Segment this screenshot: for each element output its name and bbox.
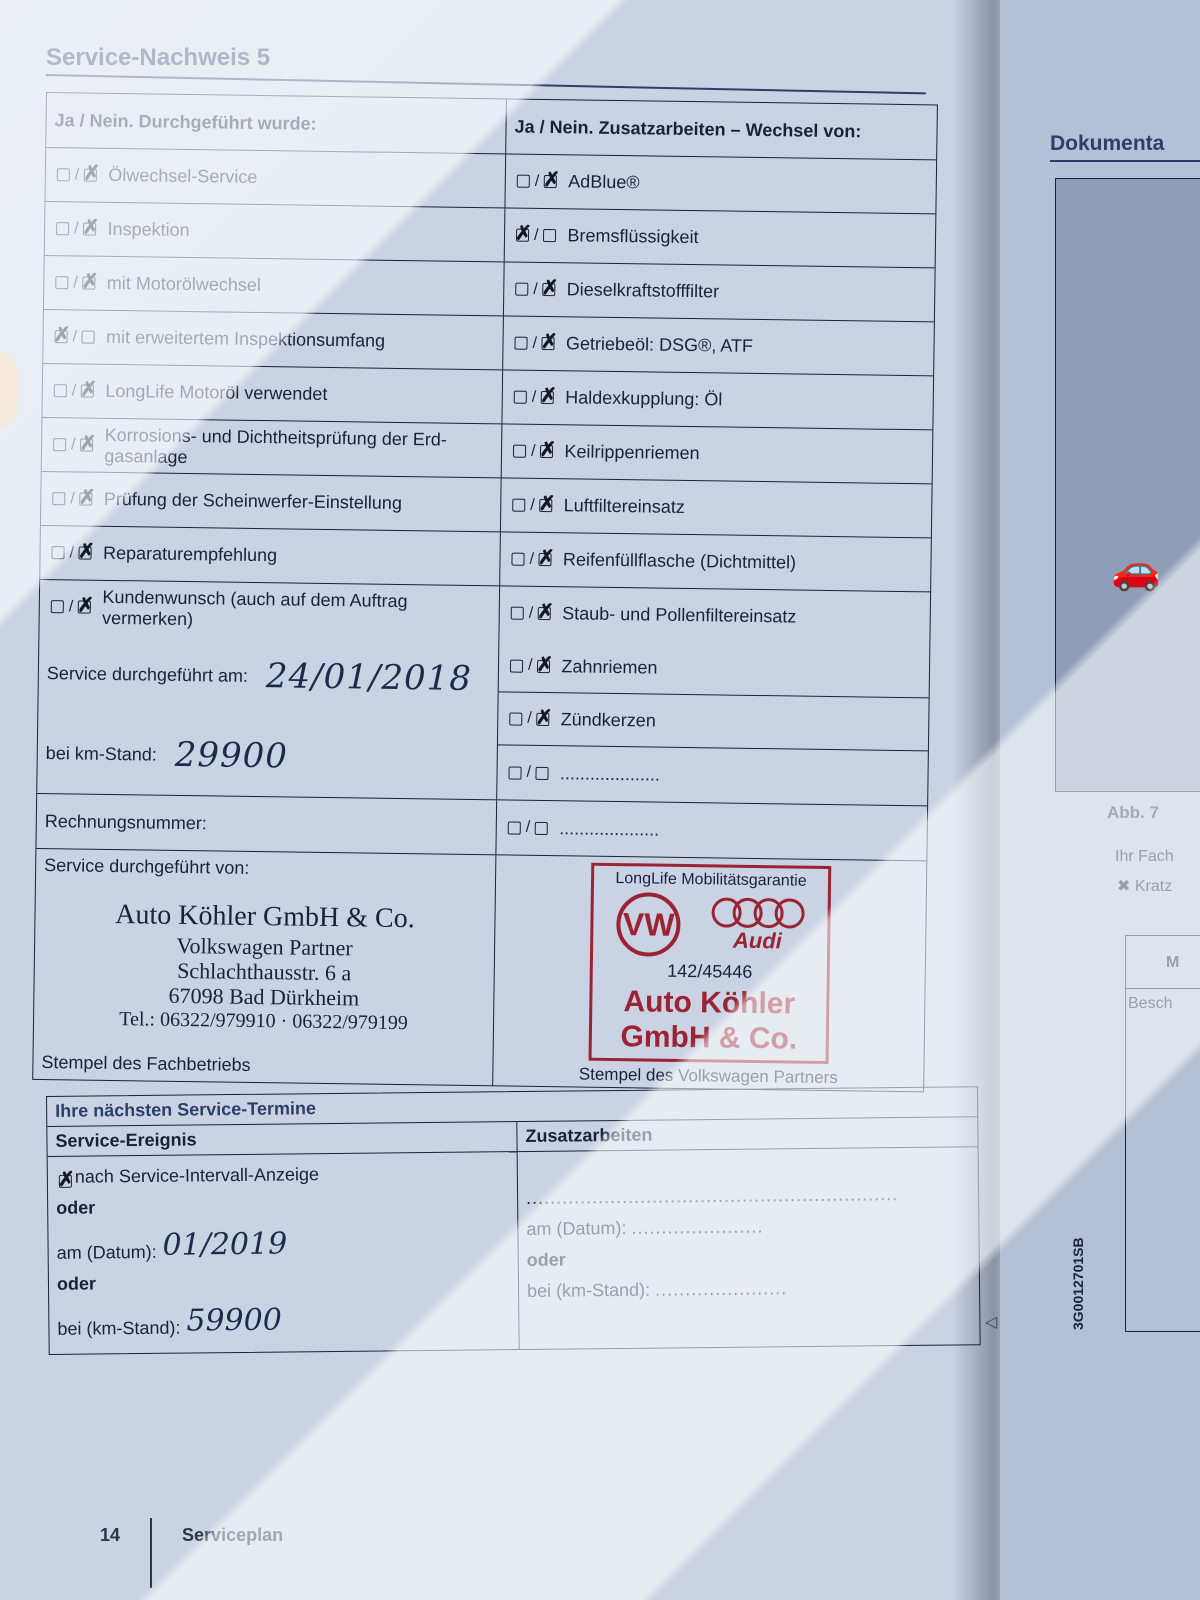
km-field[interactable]: bei km-Stand: 29900 [37,713,497,799]
service-item: /Korrosions- und Dichtheitsprüfung der E… [42,418,503,477]
slash-separator: / [532,388,537,406]
next-km-value: 59900 [186,1303,282,1339]
partner-number: 142/45446 [601,960,819,984]
ja-nein-checkboxes: / [51,382,98,401]
service-date-label: Service durchgeführt am: [47,663,248,687]
extra-work-item: /Reifenfüllflasche (Dichtmittel) [500,532,931,591]
service-item: /mit Motorölwechsel [44,256,505,315]
section-name: Serviceplan [182,1525,283,1546]
slash-separator: / [72,382,77,400]
ja-checkbox[interactable] [57,168,70,181]
dealer-stamp-caption: Stempel des Fachbetriebs [41,1052,250,1076]
item-label: Luftfiltereinsatz [564,495,685,517]
service-item: /Kundenwunsch (auch auf dem Auftrag verm… [39,580,500,639]
dealer-phone: Tel.: 06322/979910 · 06322/979199 [114,1008,414,1035]
nein-checkbox[interactable] [82,331,95,344]
or-label: oder [527,1245,971,1271]
ja-nein-checkboxes: / [49,490,96,509]
slash-separator: / [526,764,531,782]
ja-nein-checkboxes: / [510,442,557,461]
extra-work-item: /Zündkerzen [498,692,929,751]
extra-work-header: Zusatzarbeiten [517,1121,977,1152]
slash-separator: / [73,274,78,292]
right-page-rule [1050,160,1200,162]
ja-nein-checkboxes: / [511,334,558,353]
right-extra-rows: /Zahnriemen/Zündkerzen/.................… [497,639,929,805]
nein-checkbox[interactable] [80,493,93,506]
extra-item-row: /.................... [496,800,927,860]
slash-separator: / [533,280,538,298]
slash-separator: / [69,598,74,616]
ja-nein-checkboxes: / [52,274,99,293]
dealer-cell: Service durchgeführt von: Auto Köhler Gm… [33,849,496,1085]
car-outline-icon: 🚗 [1111,546,1161,593]
partner-stamp: LongLife Mobilitätsgarantie VW Audi 142/… [589,863,832,1064]
extra-km-field[interactable]: bei (km-Stand): ...................... [527,1276,971,1302]
slash-separator: / [529,550,534,568]
next-date-value: 01/2019 [162,1226,287,1262]
item-label: AdBlue® [568,171,640,193]
ja-checkbox[interactable] [51,546,64,559]
extra-work-item: /Zahnriemen [499,639,930,698]
right-column-header: Ja / Nein. Zusatzarbeiten – Wechsel von: [506,99,937,159]
ja-checkbox[interactable] [511,553,524,566]
ja-nein-checkboxes: / [50,436,97,455]
ja-nein-checkboxes: / [513,226,560,245]
interval-option-label: nach Service-Intervall-Anzeige [75,1164,319,1188]
ja-nein-checkboxes: / [508,550,555,569]
item-label: mit Motorölwechsel [107,273,261,296]
extra-km-dots: ...................... [655,1278,787,1300]
service-date-field[interactable]: Service durchgeführt am: 24/01/2018 [38,633,498,719]
extra-work-item: /Keilrippenriemen [502,424,933,483]
ja-nein-checkboxes: / [53,220,100,239]
slash-separator: / [532,334,537,352]
item-label: Ölwechsel-Service [108,165,257,188]
or-label: oder [56,1193,509,1219]
ja-checkbox[interactable] [508,766,521,779]
interval-option[interactable]: nach Service-Intervall-Anzeige [56,1162,509,1188]
item-label: Prüfung der Scheinwerfer-Einstellung [104,489,402,514]
ja-nein-checkboxes: / [505,818,552,837]
extra-work-item: /Haldexkupplung: Öl [502,370,933,429]
kratz-text: ✖ Kratz [1117,876,1172,896]
ja-checkbox[interactable] [515,283,528,296]
ja-nein-checkboxes: / [514,172,561,191]
item-label: Keilrippenriemen [564,441,699,464]
damage-table-header: M [1126,936,1200,989]
performed-by-label: Service durchgeführt von: [44,855,249,879]
service-record-form: Ja / Nein. Durchgeführt wurde: Ja / Nein… [32,92,938,1092]
service-item: /Reparaturempfehlung [40,526,501,585]
item-label: Staub- und Pollenfiltereinsatz [562,603,796,627]
extra-work-line[interactable]: ........................................… [526,1183,970,1209]
extra-work-item: /Bremsflüssigkeit [505,208,936,267]
nein-checkbox[interactable] [81,385,94,398]
ja-nein-checkboxes: / [54,166,101,185]
nein-checkbox[interactable] [78,601,91,614]
ja-nein-checkboxes: / [509,496,556,515]
nein-checkbox[interactable] [83,277,96,290]
km-value: 29900 [175,735,289,777]
slash-separator: / [535,172,540,190]
figure-label: Abb. 7 [1107,803,1159,823]
slash-separator: / [531,442,536,460]
item-label: Kundenwunsch (auch auf dem Auftrag verme… [102,587,491,634]
item-label: Zündkerzen [561,709,656,731]
nein-checkbox[interactable] [540,499,553,512]
ja-nein-checkboxes: / [508,604,555,623]
left-page: Service-Nachweis 5 Ja / Nein. Durchgefüh… [0,0,1000,1600]
extra-work-item: /AdBlue® [505,154,936,213]
item-label: mit erweitertem Inspektionsumfang [106,327,385,352]
slash-separator: / [526,819,531,837]
extra-work-item: /Getriebeöl: DSG®, ATF [503,316,934,375]
ja-nein-checkboxes: / [512,280,559,299]
stamp-row: Service durchgeführt von: Auto Köhler Gm… [33,849,926,1091]
item-label: Reparaturempfehlung [103,543,277,566]
service-item: /Ölwechsel-Service [45,148,506,207]
service-event-header: Service-Ereignis [47,1126,516,1157]
next-km-label: bei (km-Stand): [57,1318,180,1340]
extra-date-dots: ...................... [631,1216,763,1238]
right-page-title: Dokumenta [1050,132,1164,156]
dealer-name: Auto Köhler GmbH & Co. [115,900,415,936]
service-item: /Inspektion [45,202,506,261]
ja-nein-checkboxes: / [511,388,558,407]
finger [0,350,18,430]
nein-checkbox[interactable] [79,547,92,560]
nein-checkbox[interactable] [539,553,552,566]
partner-name-line2: GmbH & Co. [600,1019,818,1057]
nein-checkbox[interactable] [537,712,550,725]
item-label: Inspektion [107,219,189,241]
dealer-stamp: Auto Köhler GmbH & Co. Volkswagen Partne… [114,900,415,1035]
slash-separator: / [70,490,75,508]
title-rule [46,74,926,94]
service-item: /LongLife Motoröl verwendet [42,364,503,423]
slash-separator: / [530,496,535,514]
nein-checkbox[interactable] [80,439,93,452]
slash-separator: / [528,657,533,675]
extra-date-label: am (Datum): [526,1218,626,1240]
ja-checkbox[interactable] [55,276,68,289]
next-date-label: am (Datum): [57,1242,157,1264]
next-service-box: Ihre nächsten Service-Termine Service-Er… [46,1086,981,1355]
ja-checkbox[interactable] [511,607,524,620]
km-label: bei km-Stand: [46,743,157,766]
guarantee-text: LongLife Mobilitätsgarantie [602,870,820,891]
partner-stamp-caption: Stempel des Volkswagen Partners [579,1065,838,1089]
extra-work-item: /Staub- und Pollenfiltereinsatz [499,586,930,645]
ja-checkbox[interactable] [54,384,67,397]
item-label: Zahnriemen [561,656,657,678]
ja-checkbox[interactable] [53,438,66,451]
ja-nein-checkboxes: / [48,544,95,563]
item-label: Haldexkupplung: Öl [565,387,722,410]
service-event-column: Service-Ereignis nach Service-Intervall-… [47,1122,519,1354]
document-code: 3G0012701SB [1070,1237,1086,1330]
ja-nein-checkboxes: / [505,763,552,782]
right-page: Dokumenta 🚗 Abb. 7 Ihr Fach ✖ Kratz M Be… [1000,0,1200,1600]
extra-work-item: /.................... [497,745,928,805]
ja-checkbox[interactable] [517,175,530,188]
item-label: Reifenfüllflasche (Dichtmittel) [563,549,796,573]
ja-checkbox[interactable] [514,391,527,404]
audi-rings-icon [711,897,804,928]
damage-table: M Besch [1125,935,1200,1332]
nein-checkbox[interactable] [542,337,555,350]
interval-checkbox[interactable] [59,1175,72,1188]
nein-checkbox[interactable] [535,821,548,834]
slash-separator: / [75,166,80,184]
extra-work-item: /Dieselkraftstofffilter [504,262,935,321]
partner-cell: LongLife Mobilitätsgarantie VW Audi 142/… [493,855,926,1091]
item-label: Dieselkraftstofffilter [567,279,720,302]
date-km-row: Service durchgeführt am: 24/01/2018 bei … [37,633,929,806]
ja-nein-checkboxes: / [506,709,553,728]
nein-checkbox[interactable] [544,175,557,188]
nein-checkbox[interactable] [543,229,556,242]
damage-table-row: Besch [1126,989,1200,1019]
ja-checkbox[interactable] [514,337,527,350]
vw-logo-icon: VW [616,892,681,957]
page-footer: 14 Serviceplan [100,1500,283,1570]
ja-checkbox[interactable] [52,492,65,505]
extra-date-field[interactable]: am (Datum): ...................... [526,1214,970,1240]
footer-separator [150,1518,152,1588]
or-label: oder [57,1269,510,1295]
slash-separator: / [529,604,534,622]
item-label: LongLife Motoröl verwendet [105,381,327,405]
ja-nein-checkboxes: / [48,598,95,617]
ja-nein-checkboxes: / [507,656,554,675]
slash-separator: / [527,710,532,728]
ja-checkbox[interactable] [54,330,67,343]
partner-name-line1: Auto Köhler [600,985,818,1023]
slash-separator: / [72,328,77,346]
service-item: /mit erweitertem Inspektionsumfang [43,310,504,369]
next-date-field[interactable]: am (Datum): 01/2019 [56,1224,509,1264]
extra-work-column: Zusatzarbeiten .........................… [517,1117,979,1349]
ja-nein-checkboxes: / [51,328,98,347]
ja-checkbox[interactable] [512,499,525,512]
nein-checkbox[interactable] [541,391,554,404]
slash-separator: / [534,226,539,244]
page-title: Service-Nachweis 5 [46,44,270,72]
item-label: .................... [559,818,659,840]
service-item: /Prüfung der Scheinwerfer-Einstellung [41,472,502,531]
nein-checkbox[interactable] [543,283,556,296]
invoice-field[interactable]: Rechnungsnummer: [36,794,497,854]
ja-checkbox[interactable] [509,712,522,725]
ja-checkbox[interactable] [508,821,521,834]
item-label: Korrosions- und Dichtheitsprüfung der Er… [104,425,493,472]
car-figure: 🚗 [1055,178,1200,792]
ja-checkbox[interactable] [516,229,529,242]
audi-wordmark: Audi [733,928,782,955]
service-date-value: 24/01/2018 [266,656,473,699]
ja-checkbox[interactable] [51,600,64,613]
ja-checkbox[interactable] [56,222,69,235]
ja-checkbox[interactable] [513,445,526,458]
invoice-label: Rechnungsnummer: [45,811,207,834]
slash-separator: / [74,220,79,238]
extra-work-item: /Luftfiltereinsatz [501,478,932,537]
left-column-header: Ja / Nein. Durchgeführt wurde: [46,93,507,153]
ja-checkbox[interactable] [510,659,523,672]
nein-checkbox[interactable] [83,223,96,236]
item-rows: /Ölwechsel-Service/AdBlue®/Inspektion/Br… [39,148,936,645]
slash-separator: / [69,544,74,562]
nein-checkbox[interactable] [537,659,550,672]
nein-checkbox[interactable] [84,169,97,182]
nein-checkbox[interactable] [536,766,549,779]
item-label: Bremsflüssigkeit [567,225,698,248]
next-km-field[interactable]: bei (km-Stand): 59900 [57,1300,510,1340]
fach-text: Ihr Fach [1115,848,1174,866]
page-number: 14 [100,1525,120,1546]
extra-km-label: bei (km-Stand): [527,1280,650,1302]
item-label: Getriebeöl: DSG®, ATF [566,333,753,356]
item-label: .................... [560,763,660,785]
nein-checkbox[interactable] [540,445,553,458]
nein-checkbox[interactable] [538,607,551,620]
slash-separator: / [71,436,76,454]
